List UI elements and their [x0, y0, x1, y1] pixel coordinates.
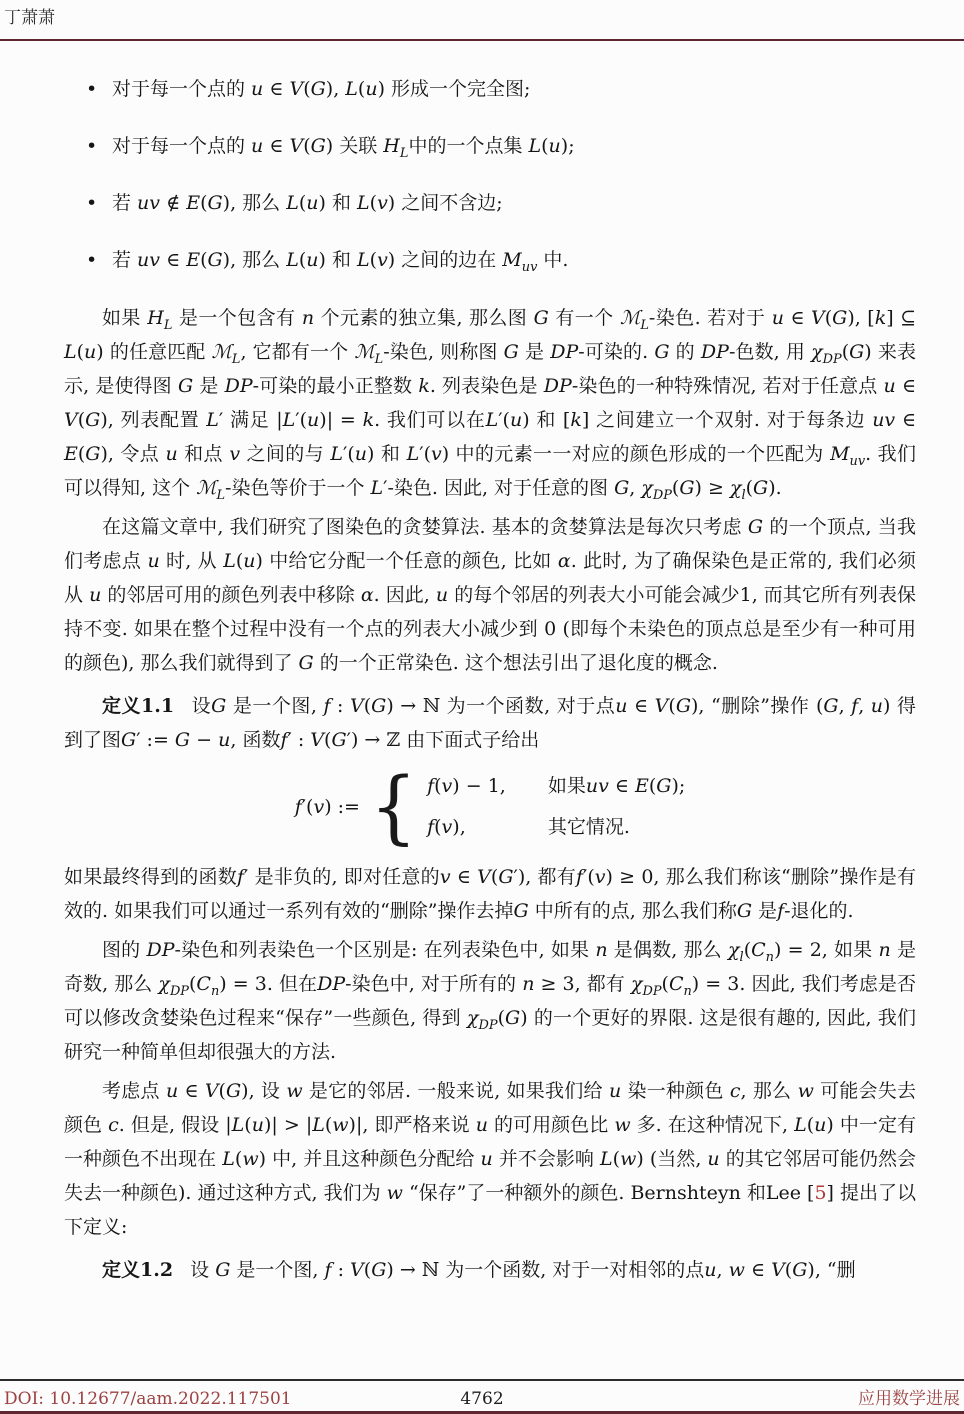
- paper-page: 丁萧萧 • 对于每一个点的 u ∈ V(G), L(u) 形成一个完全图; • …: [0, 0, 964, 1414]
- bullet-dot-icon: •: [86, 72, 97, 106]
- definition-1-1-label: 定义1.1: [102, 695, 174, 717]
- equation-brace: {: [370, 767, 417, 847]
- paragraph-save-color: 考虑点 u ∈ V(G), 设 w 是它的邻居. 一般来说, 如果我们给 u 染…: [64, 1074, 916, 1244]
- equation-f-prime-cases: f′(v) := { f(v) − 1, 如果uv ∈ E(G); f(v), …: [64, 769, 916, 844]
- bullet-text: 若 uv ∉ E(G), 那么 L(u) 和 L(v) 之间不含边;: [112, 192, 503, 214]
- bullet-item: • 对于每一个点的 u ∈ V(G), L(u) 形成一个完全图;: [86, 72, 916, 106]
- bullet-item: • 若 uv ∉ E(G), 那么 L(u) 和 L(v) 之间不含边;: [86, 186, 916, 220]
- bullet-text: 若 uv ∈ E(G), 那么 L(u) 和 L(v) 之间的边在 Muv 中.: [112, 249, 568, 271]
- bullet-text: 对于每一个点的 u ∈ V(G) 关联 HL中的一个点集 L(u);: [112, 135, 575, 157]
- definition-1-1-body: 设G 是一个图, f : V(G) → ℕ 为一个函数, 对于点u ∈ V(G)…: [64, 695, 916, 751]
- bullet-item: • 对于每一个点的 u ∈ V(G) 关联 HL中的一个点集 L(u);: [86, 129, 916, 163]
- doi-link[interactable]: DOI: 10.12677/aam.2022.117501: [4, 1389, 292, 1409]
- header-rule: [0, 39, 964, 41]
- bullet-text: 对于每一个点的 u ∈ V(G), L(u) 形成一个完全图;: [112, 78, 530, 100]
- page-number: 4762: [460, 1389, 503, 1409]
- bullet-item: • 若 uv ∈ E(G), 那么 L(u) 和 L(v) 之间的边在 Muv …: [86, 243, 916, 277]
- definition-1-1: 定义1.1设G 是一个图, f : V(G) → ℕ 为一个函数, 对于点u ∈…: [64, 689, 916, 757]
- paragraph-valid-deletion: 如果最终得到的函数f′ 是非负的, 即对任意的v ∈ V(G′), 都有f′(v…: [64, 860, 916, 928]
- bullet-dot-icon: •: [86, 129, 97, 163]
- citation-ref-5[interactable]: 5: [814, 1182, 826, 1204]
- bullet-list: • 对于每一个点的 u ∈ V(G), L(u) 形成一个完全图; • 对于每一…: [64, 72, 916, 277]
- footer: DOI: 10.12677/aam.2022.117501 4762 应用数学进…: [4, 1385, 960, 1409]
- definition-1-2-label: 定义1.2: [102, 1259, 173, 1281]
- equation-case-condition: 其它情况.: [548, 810, 685, 844]
- bullet-dot-icon: •: [86, 243, 97, 277]
- page-content: • 对于每一个点的 u ∈ V(G), L(u) 形成一个完全图; • 对于每一…: [64, 58, 916, 1292]
- definition-1-2: 定义1.2设 G 是一个图, f : V(G) → ℕ 为一个函数, 对于一对相…: [64, 1253, 916, 1287]
- footer-rule-top: [0, 1379, 964, 1381]
- bullet-dot-icon: •: [86, 186, 97, 220]
- equation-case-condition: 如果uv ∈ E(G);: [548, 769, 685, 803]
- equation-case-value: f(v) − 1,: [427, 769, 506, 803]
- equation-cases: f(v) − 1, 如果uv ∈ E(G); f(v), 其它情况.: [427, 769, 685, 844]
- paragraph-greedy-algorithm: 在这篇文章中, 我们研究了图染色的贪婪算法. 基本的贪婪算法是每次只考虑 G 的…: [64, 510, 916, 680]
- equation-lhs: f′(v) :=: [295, 790, 360, 824]
- definition-1-2-body: 设 G 是一个图, f : V(G) → ℕ 为一个函数, 对于一对相邻的点u,…: [190, 1259, 855, 1281]
- header-author: 丁萧萧: [4, 3, 55, 28]
- equation-case-value: f(v),: [427, 810, 506, 844]
- paragraph-dp-vs-list-coloring: 图的 DP-染色和列表染色一个区别是: 在列表染色中, 如果 n 是偶数, 那么…: [64, 933, 916, 1069]
- paragraph-dp-coloring-intro: 如果 HL 是一个包含有 n 个元素的独立集, 那么图 G 有一个 ℳL-染色.…: [64, 301, 916, 505]
- journal-name: 应用数学进展: [858, 1384, 960, 1409]
